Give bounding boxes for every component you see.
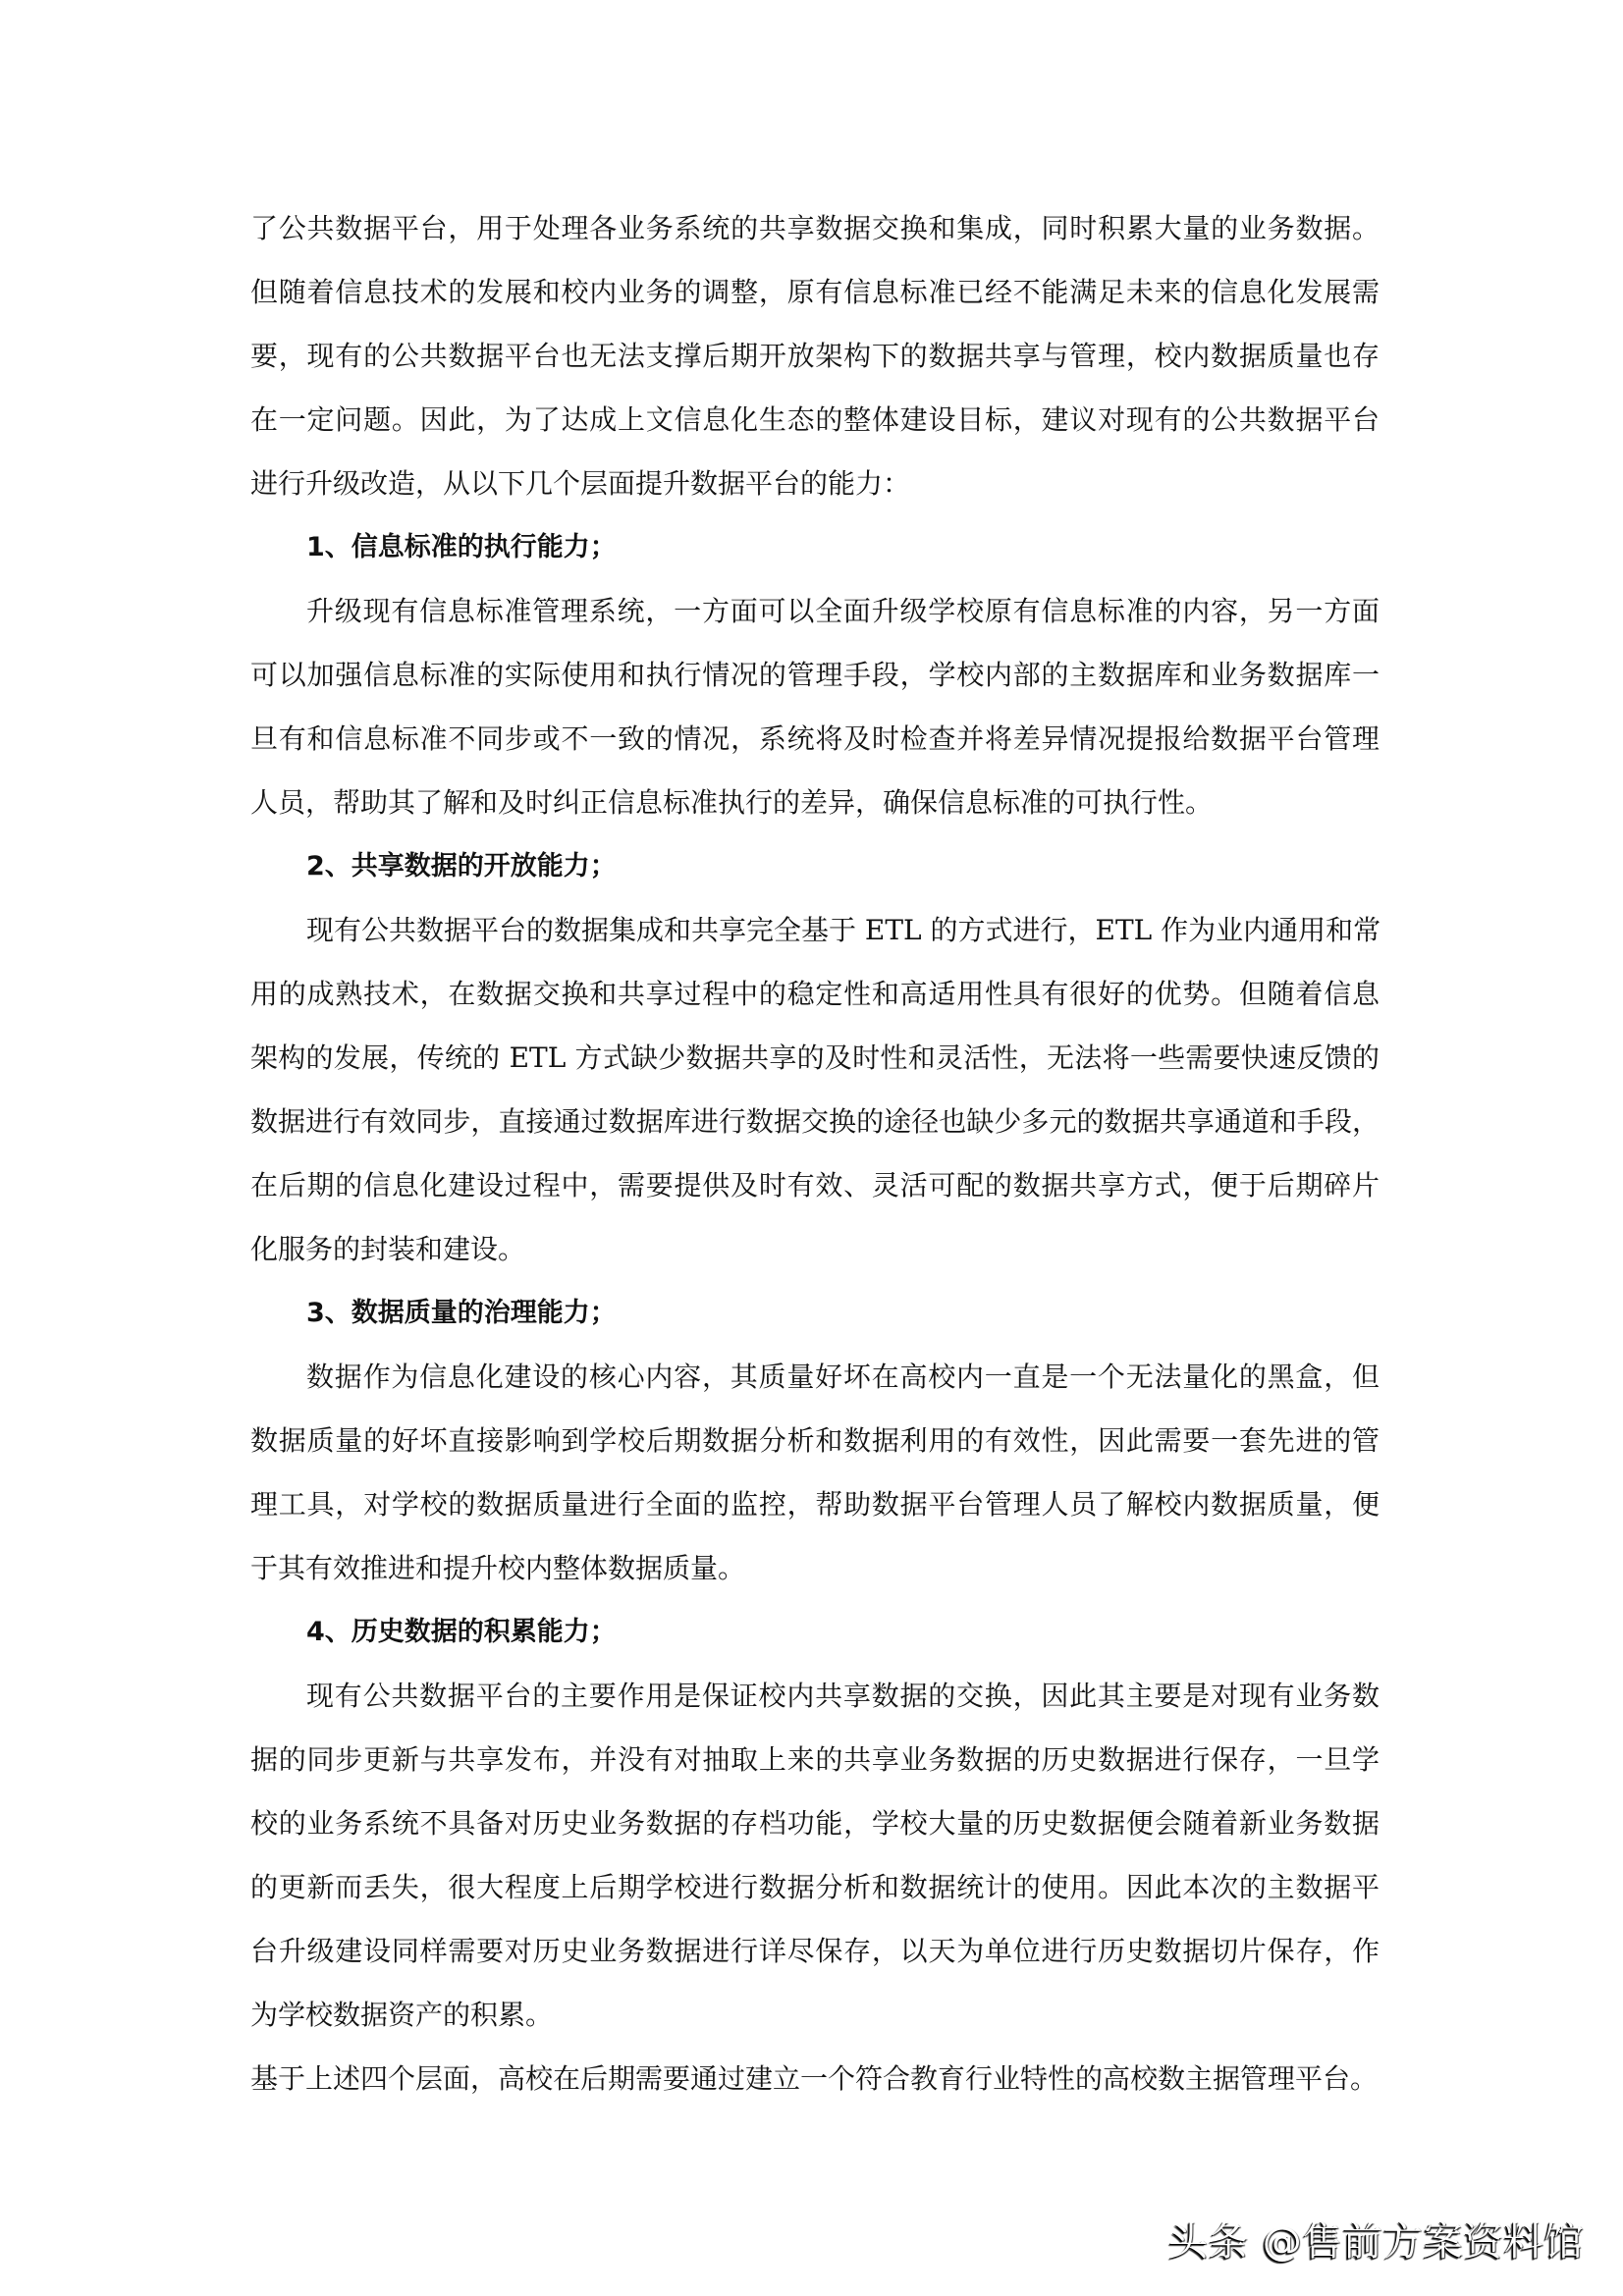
text-line: 化服务的封装和建设。 <box>250 1217 1380 1281</box>
conclusion-line: 基于上述四个层面，高校在后期需要通过建立一个符合教育行业特性的高校数主据管理平台… <box>250 2047 1380 2110</box>
text-line: 的更新而丢失，很大程度上后期学校进行数据分析和数据统计的使用。因此本次的主数据平 <box>250 1855 1380 1919</box>
intro-paragraph: 了公共数据平台，用于处理各业务系统的共享数据交换和集成，同时积累大量的业务数据。… <box>250 196 1380 515</box>
text-line: 旦有和信息标准不同步或不一致的情况，系统将及时检查并将差异情况提报给数据平台管理 <box>250 707 1380 771</box>
text-line: 用的成熟技术，在数据交换和共享过程中的稳定性和高适用性具有很好的优势。但随着信息 <box>250 962 1380 1026</box>
text-line: 现有公共数据平台的主要作用是保证校内共享数据的交换，因此其主要是对现有业务数 <box>250 1664 1380 1728</box>
section-heading: 1、信息标准的执行能力； <box>250 515 1380 579</box>
section-heading: 4、历史数据的积累能力； <box>250 1600 1380 1664</box>
text-line: 但随着信息技术的发展和校内业务的调整，原有信息标准已经不能满足未来的信息化发展需 <box>250 260 1380 324</box>
text-line: 数据作为信息化建设的核心内容，其质量好坏在高校内一直是一个无法量化的黑盒，但 <box>250 1345 1380 1409</box>
section-3: 3、数据质量的治理能力； 数据作为信息化建设的核心内容，其质量好坏在高校内一直是… <box>250 1281 1380 1600</box>
text-line: 可以加强信息标准的实际使用和执行情况的管理手段，学校内部的主数据库和业务数据库一 <box>250 643 1380 707</box>
text-line: 架构的发展，传统的 ETL 方式缺少数据共享的及时性和灵活性，无法将一些需要快速… <box>250 1026 1380 1090</box>
section-1: 1、信息标准的执行能力； 升级现有信息标准管理系统，一方面可以全面升级学校原有信… <box>250 515 1380 834</box>
text-line: 现有公共数据平台的数据集成和共享完全基于 ETL 的方式进行，ETL 作为业内通… <box>250 898 1380 962</box>
section-heading: 3、数据质量的治理能力； <box>250 1281 1380 1345</box>
text-line: 在一定问题。因此，为了达成上文信息化生态的整体建设目标，建议对现有的公共数据平台 <box>250 388 1380 452</box>
text-line: 理工具，对学校的数据质量进行全面的监控，帮助数据平台管理人员了解校内数据质量，便 <box>250 1472 1380 1536</box>
section-2: 2、共享数据的开放能力； 现有公共数据平台的数据集成和共享完全基于 ETL 的方… <box>250 834 1380 1281</box>
text-line: 于其有效推进和提升校内整体数据质量。 <box>250 1536 1380 1600</box>
text-line: 据的同步更新与共享发布，并没有对抽取上来的共享业务数据的历史数据进行保存，一旦学 <box>250 1728 1380 1791</box>
text-line: 校的业务系统不具备对历史业务数据的存档功能，学校大量的历史数据便会随着新业务数据 <box>250 1791 1380 1855</box>
text-line: 了公共数据平台，用于处理各业务系统的共享数据交换和集成，同时积累大量的业务数据。 <box>250 196 1380 260</box>
source-watermark: 头条 @售前方案资料馆 <box>1168 2211 1585 2267</box>
section-heading: 2、共享数据的开放能力； <box>250 834 1380 898</box>
document-page: 了公共数据平台，用于处理各业务系统的共享数据交换和集成，同时积累大量的业务数据。… <box>250 196 1380 2110</box>
text-line: 进行升级改造，从以下几个层面提升数据平台的能力： <box>250 452 1380 515</box>
text-line: 数据进行有效同步，直接通过数据库进行数据交换的途径也缺少多元的数据共享通道和手段… <box>250 1090 1380 1153</box>
text-line: 为学校数据资产的积累。 <box>250 1983 1380 2047</box>
section-4: 4、历史数据的积累能力； 现有公共数据平台的主要作用是保证校内共享数据的交换，因… <box>250 1600 1380 2047</box>
text-line: 要，现有的公共数据平台也无法支撑后期开放架构下的数据共享与管理，校内数据质量也存 <box>250 324 1380 388</box>
text-line: 升级现有信息标准管理系统，一方面可以全面升级学校原有信息标准的内容，另一方面 <box>250 579 1380 643</box>
text-line: 人员，帮助其了解和及时纠正信息标准执行的差异，确保信息标准的可执行性。 <box>250 771 1380 834</box>
text-line: 台升级建设同样需要对历史业务数据进行详尽保存，以天为单位进行历史数据切片保存，作 <box>250 1919 1380 1983</box>
text-line: 数据质量的好坏直接影响到学校后期数据分析和数据利用的有效性，因此需要一套先进的管 <box>250 1409 1380 1472</box>
text-line: 在后期的信息化建设过程中，需要提供及时有效、灵活可配的数据共享方式，便于后期碎片 <box>250 1153 1380 1217</box>
